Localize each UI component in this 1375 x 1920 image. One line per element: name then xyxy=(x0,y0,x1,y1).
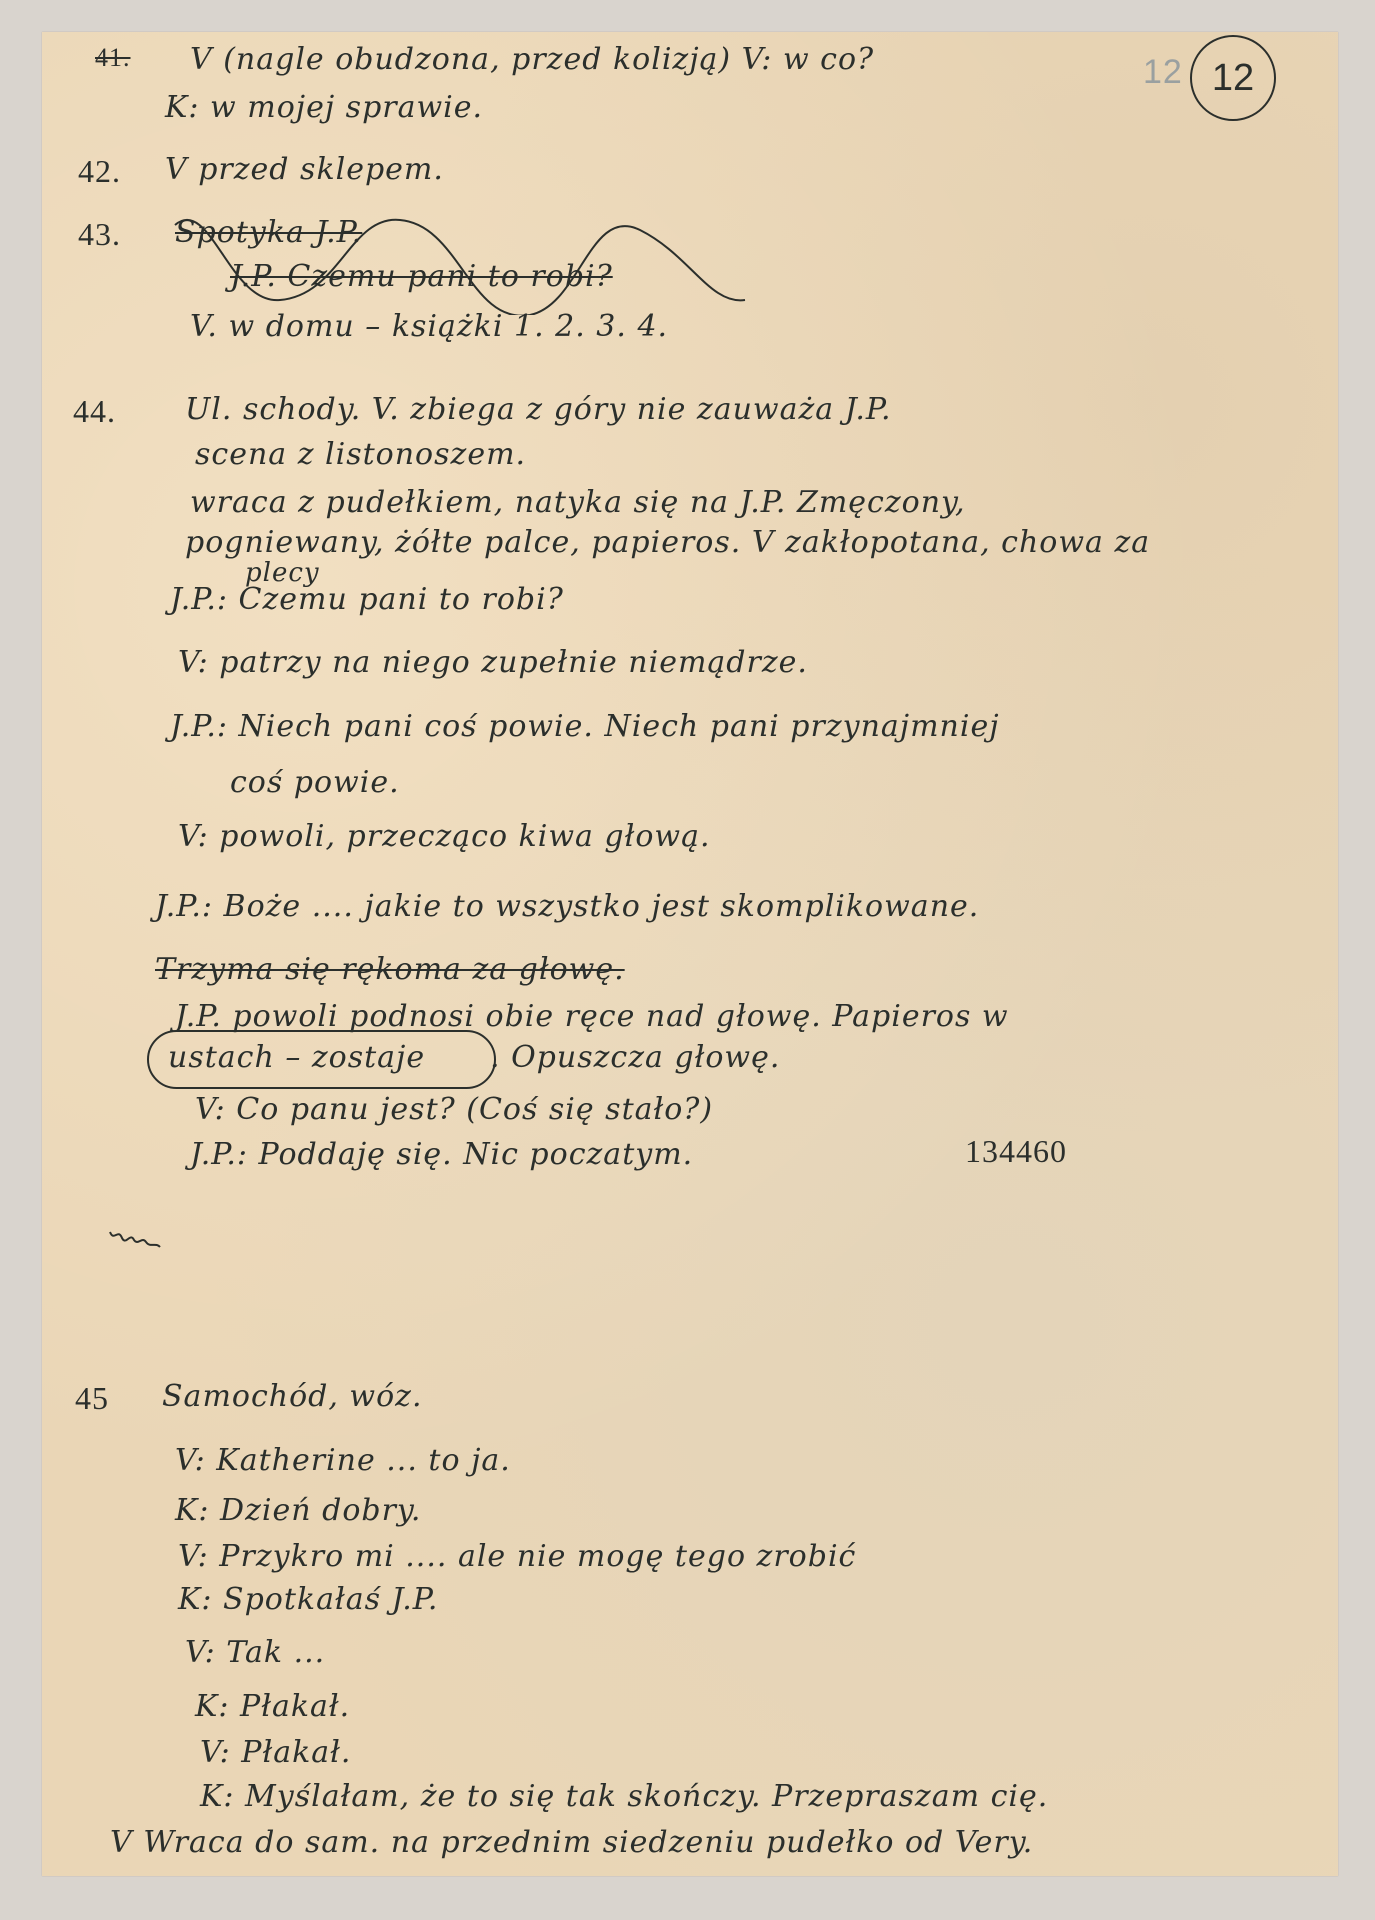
scene-45-line-g: K: Płakał. xyxy=(195,1692,350,1722)
page-number-text: 12 xyxy=(1212,57,1254,100)
scene-44-line-d: pogniewany, żółte palce, papieros. V zak… xyxy=(185,528,1150,558)
handwritten-number: 134460 xyxy=(965,1135,1067,1167)
scene-44-line-g: V: patrzy na niego zupełnie niemądrze. xyxy=(178,648,808,678)
scene-42-text: V przed sklepem. xyxy=(165,155,444,185)
scene-44-line-o: V: Co panu jest? (Coś się stało?) xyxy=(195,1095,713,1125)
scene-45-line-h: V: Płakał. xyxy=(200,1738,351,1768)
scene-43-text: V. w domu – książki 1. 2. 3. 4. xyxy=(190,312,668,342)
pencil-page-number: 12 xyxy=(1143,55,1183,89)
scene-45-line-b: V: Katherine ... to ja. xyxy=(175,1446,511,1476)
scene-45-line-f: V: Tak ... xyxy=(185,1638,325,1668)
scene-44-line-h: J.P.: Niech pani coś powie. Niech pani p… xyxy=(170,712,1000,742)
struck-scene-number: 41. xyxy=(95,45,131,71)
scene-number-45: 45 xyxy=(75,1382,109,1414)
scene-44-line-b: scena z listonoszem. xyxy=(195,440,526,470)
scene-44-line-m: J.P. powoli podnosi obie ręce nad głowę.… xyxy=(175,1002,1009,1032)
scene-45-line-i: K: Myślałam, że to się tak skończy. Prze… xyxy=(200,1782,1048,1812)
scene-44-line-c: wraca z pudełkiem, natyka się na J.P. Zm… xyxy=(190,488,966,518)
scene-44-circled-text: ustach – zostaje xyxy=(168,1043,425,1073)
line-k-reply: K: w mojej sprawie. xyxy=(165,93,483,123)
scene-44-line-a: Ul. schody. V. zbiega z góry nie zauważa… xyxy=(185,395,892,425)
scene-number-43: 43. xyxy=(78,218,121,250)
scene-44-line-i: coś powie. xyxy=(230,768,400,798)
scene-44-line-k: J.P.: Boże .... jakie to wszystko jest s… xyxy=(155,892,979,922)
scene-44-line-n: . Opuszcza głowę. xyxy=(490,1043,780,1073)
scene-number-42: 42. xyxy=(78,155,121,187)
scene-45-line-d: V: Przykro mi .... ale nie mogę tego zro… xyxy=(178,1542,856,1572)
scene-45-line-e: K: Spotkałaś J.P. xyxy=(178,1585,438,1615)
scene-44-line-j: V: powoli, przecząco kiwa głową. xyxy=(178,822,711,852)
squiggle-mark xyxy=(108,1228,163,1252)
scene-44-line-f: J.P.: Czemu pani to robi? xyxy=(170,585,564,615)
scene-45-line-a: Samochód, wóz. xyxy=(162,1382,423,1412)
scene-45-line-c: K: Dzień dobry. xyxy=(175,1496,421,1526)
scene-44-struck-line: Trzyma się rękoma za głowę. xyxy=(155,955,625,985)
scene-44-line-p: J.P.: Poddaję się. Nic poczatym. xyxy=(190,1140,693,1170)
scene-number-44: 44. xyxy=(73,395,116,427)
line-awake: V (nagle obudzona, przed kolizją) V: w c… xyxy=(190,45,874,75)
strike-wave xyxy=(170,205,750,315)
circled-page-number: 12 xyxy=(1190,35,1276,121)
scene-45-line-j: V Wraca do sam. na przednim siedzeniu pu… xyxy=(110,1828,1033,1858)
